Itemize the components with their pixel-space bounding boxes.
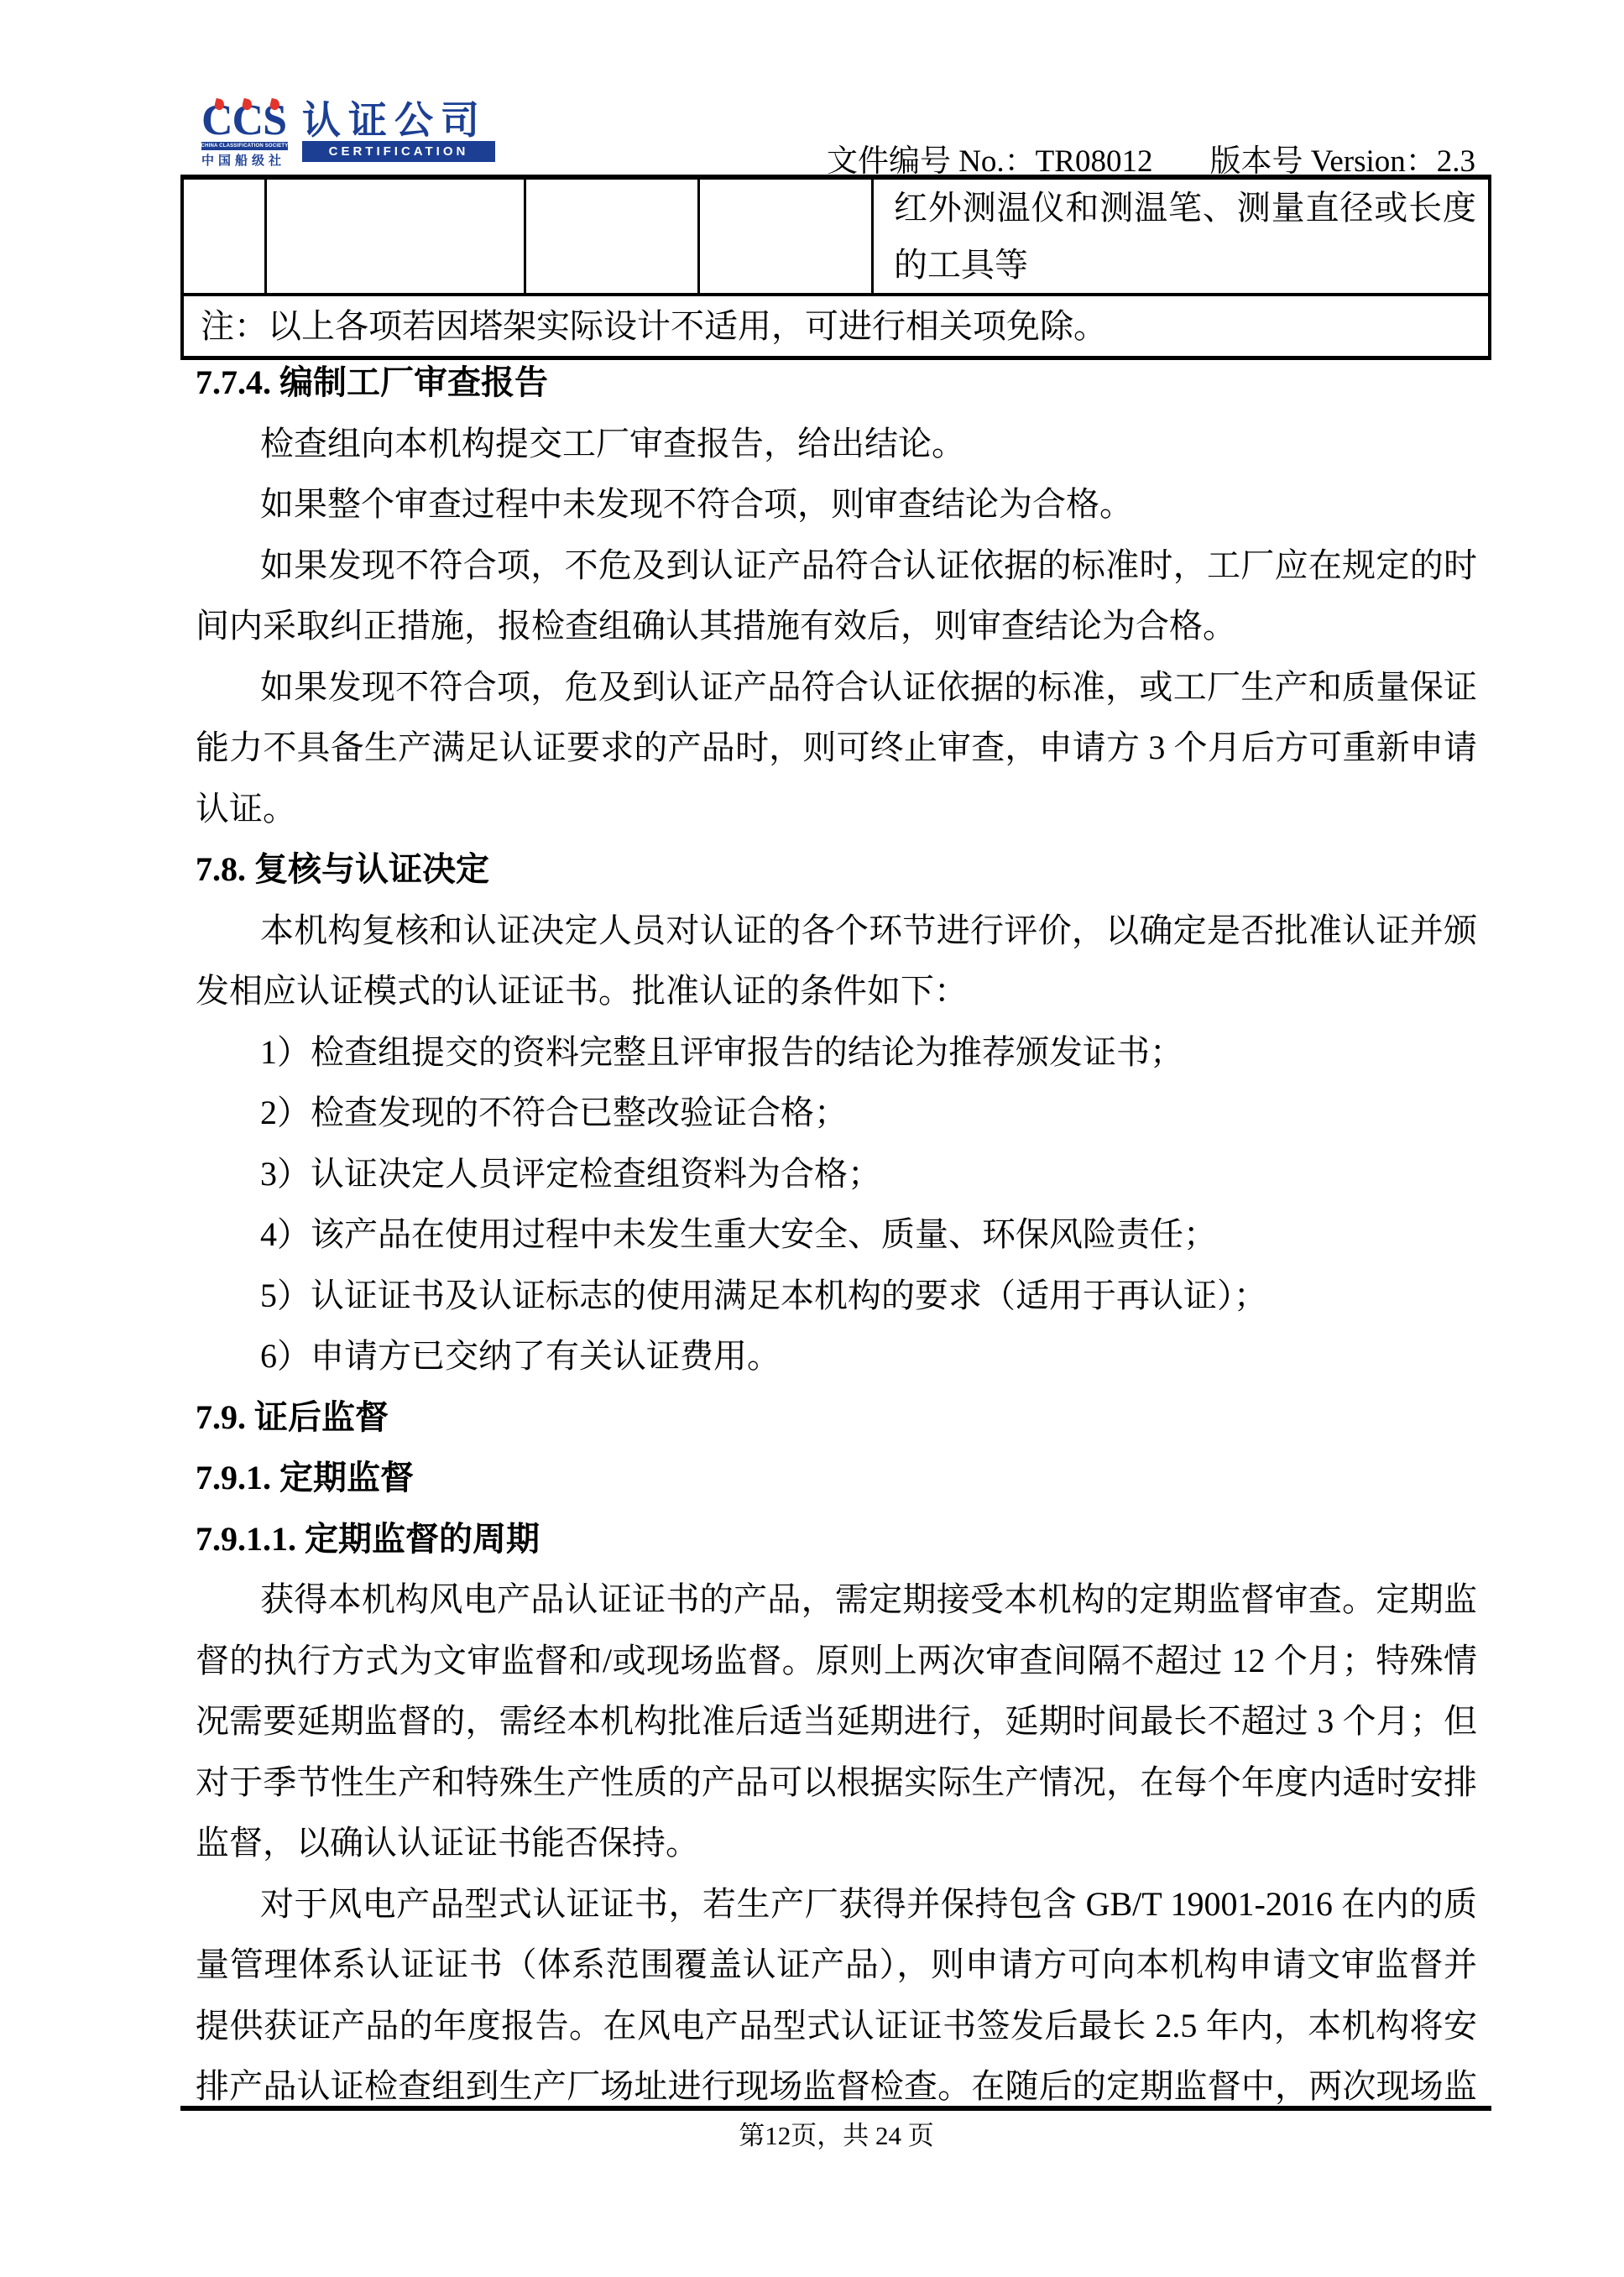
section-heading: 7.9.1.1. 定期监督的周期	[196, 1509, 1477, 1570]
text-line: 能力不具备生产满足认证要求的产品时，则可终止审查，申请方 3 个月后方可重新申请	[196, 718, 1477, 779]
text-line: 如果整个审查过程中未发现不符合项，则审查结论为合格。	[196, 474, 1477, 535]
text-line: 量管理体系认证证书（体系范围覆盖认证产品），则申请方可向本机构申请文审监督并	[196, 1935, 1477, 1996]
text-line: 4）该产品在使用过程中未发生重大安全、质量、环保风险责任；	[196, 1204, 1477, 1266]
text-line: 发相应认证模式的认证证书。批准认证的条件如下：	[196, 961, 1477, 1022]
text-line: 间内采取纠正措施，报检查组确认其措施有效后，则审查结论为合格。	[196, 596, 1477, 657]
document-page: CCS CHINA CLASSIFICATION SOCIETY 中国船级社 认…	[0, 0, 1624, 2277]
section-heading: 7.8. 复核与认证决定	[196, 839, 1477, 901]
text-line: 监督，以确认认证证书能否保持。	[196, 1813, 1477, 1874]
text-line: 检查组向本机构提交工厂审查报告，给出结论。	[196, 414, 1477, 475]
table-row: 红外测温仪和测温笔、测量直径或长度的工具等	[184, 180, 1488, 293]
section-heading: 7.7.4. 编制工厂审查报告	[196, 353, 1477, 414]
table-cell	[700, 180, 874, 293]
text-line: 对于风电产品型式认证证书，若生产厂获得并保持包含 GB/T 19001-2016…	[196, 1874, 1477, 1935]
society-cn-label: 中国船级社	[201, 151, 290, 169]
ccs-wordmark: CCS	[201, 102, 290, 139]
text-line: 对于季节性生产和特殊生产性质的产品可以根据实际生产情况，在每个年度内适时安排	[196, 1752, 1477, 1814]
text-line: 2）检查发现的不符合已整改验证合格；	[196, 1083, 1477, 1144]
text-line: 况需要延期监督的，需经本机构批准后适当延期进行，延期时间最长不超过 3 个月；但	[196, 1691, 1477, 1752]
text-line: 6）申请方已交纳了有关认证费用。	[196, 1326, 1477, 1387]
section-heading: 7.9.1. 定期监督	[196, 1448, 1477, 1509]
section-heading: 7.9. 证后监督	[196, 1387, 1477, 1449]
text-line: 督的执行方式为文审监督和/或现场监督。原则上两次审查间隔不超过 12 个月；特殊…	[196, 1631, 1477, 1692]
page-number: 第12页，共 24 页	[196, 2116, 1477, 2156]
certification-en-banner: CERTIFICATION	[302, 141, 495, 162]
content-lines: 7.7.4. 编制工厂审查报告检查组向本机构提交工厂审查报告，给出结论。如果整个…	[196, 353, 1477, 2118]
text-line: 本机构复核和认证决定人员对认证的各个环节进行评价，以确定是否批准认证并颁	[196, 901, 1477, 962]
checklist-table: 红外测温仪和测温笔、测量直径或长度的工具等 注：以上各项若因塔架实际设计不适用，…	[180, 175, 1491, 360]
table-cell-tools: 红外测温仪和测温笔、测量直径或长度的工具等	[874, 180, 1488, 293]
footer-rule	[180, 2106, 1491, 2111]
table-note-row: 注：以上各项若因塔架实际设计不适用，可进行相关项免除。	[184, 293, 1488, 356]
certification-cn-label: 认证公司	[302, 101, 487, 139]
text-line: 如果发现不符合项，危及到认证产品符合认证依据的标准，或工厂生产和质量保证	[196, 657, 1477, 718]
text-line: 1）检查组提交的资料完整且评审报告的结论为推荐颁发证书；	[196, 1022, 1477, 1084]
text-line: 如果发现不符合项，不危及到认证产品符合认证依据的标准时，工厂应在规定的时	[196, 535, 1477, 597]
table-cell	[267, 180, 526, 293]
text-line: 认证。	[196, 779, 1477, 840]
text-line: 3）认证决定人员评定检查组资料为合格；	[196, 1144, 1477, 1205]
ccs-logo-left: CCS CHINA CLASSIFICATION SOCIETY 中国船级社	[201, 102, 290, 169]
doc-number: 文件编号 No.：TR08012	[827, 144, 1153, 179]
text-line: 提供获证产品的年度报告。在风电产品型式认证证书签发后最长 2.5 年内，本机构将…	[196, 1996, 1477, 2057]
ccs-logo: CCS CHINA CLASSIFICATION SOCIETY 中国船级社 认…	[201, 102, 504, 168]
text-line: 获得本机构风电产品认证证书的产品，需定期接受本机构的定期监督审查。定期监	[196, 1569, 1477, 1631]
table-cell	[184, 180, 267, 293]
text-line: 5）认证证书及认证标志的使用满足本机构的要求（适用于再认证）；	[196, 1266, 1477, 1327]
doc-version: 版本号 Version：2.3	[1209, 144, 1475, 179]
table-cell	[526, 180, 700, 293]
